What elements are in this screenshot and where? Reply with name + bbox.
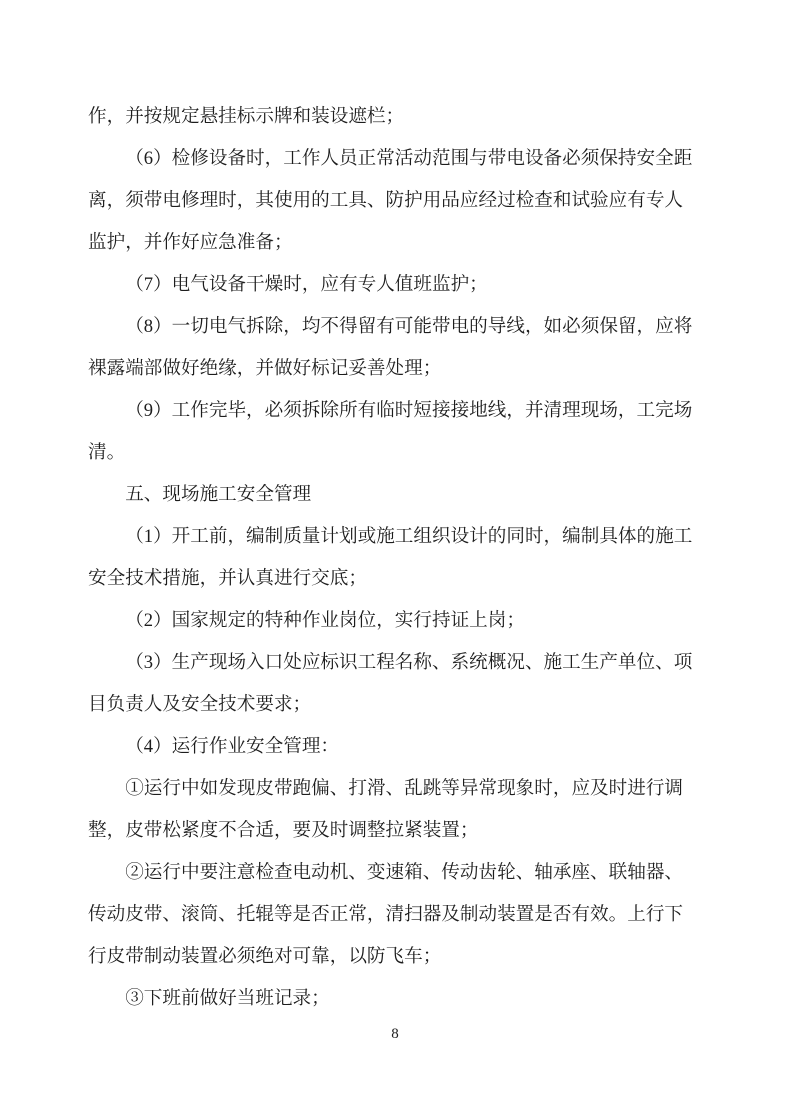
- text-line: 传动皮带、滚筒、托辊等是否正常，清扫器及制动装置是否有效。上行下: [88, 894, 704, 936]
- document-page: 作，并按规定悬挂标示牌和装设遮栏；（6）检修设备时，工作人员正常活动范围与带电设…: [0, 0, 790, 1118]
- text-line: 裸露端部做好绝缘，并做好标记妥善处理；: [88, 348, 704, 390]
- text-line: 目负责人及安全技术要求；: [88, 684, 704, 726]
- text-line: （4）运行作业安全管理：: [88, 726, 704, 768]
- text-line: 监护，并作好应急准备；: [88, 222, 704, 264]
- text-line: 行皮带制动装置必须绝对可靠，以防飞车；: [88, 936, 704, 978]
- text-line: 清。: [88, 432, 704, 474]
- document-body: 作，并按规定悬挂标示牌和装设遮栏；（6）检修设备时，工作人员正常活动范围与带电设…: [88, 96, 704, 1020]
- text-line: （2）国家规定的特种作业岗位，实行持证上岗；: [88, 600, 704, 642]
- text-line: （1）开工前，编制质量计划或施工组织设计的同时，编制具体的施工: [88, 516, 704, 558]
- text-line: （6）检修设备时，工作人员正常活动范围与带电设备必须保持安全距: [88, 138, 704, 180]
- text-line: ②运行中要注意检查电动机、变速箱、传动齿轮、轴承座、联轴器、: [88, 852, 704, 894]
- page-number: 8: [0, 1026, 790, 1043]
- text-line: （9）工作完毕，必须拆除所有临时短接接地线，并清理现场，工完场: [88, 390, 704, 432]
- text-line: 作，并按规定悬挂标示牌和装设遮栏；: [88, 96, 704, 138]
- text-line: （8）一切电气拆除，均不得留有可能带电的导线，如必须保留，应将: [88, 306, 704, 348]
- section-heading: 五、现场施工安全管理: [88, 474, 704, 516]
- text-line: （3）生产现场入口处应标识工程名称、系统概况、施工生产单位、项: [88, 642, 704, 684]
- text-line: 整，皮带松紧度不合适，要及时调整拉紧装置；: [88, 810, 704, 852]
- text-line: 安全技术措施，并认真进行交底；: [88, 558, 704, 600]
- text-line: 离，须带电修理时，其使用的工具、防护用品应经过检查和试验应有专人: [88, 180, 704, 222]
- text-line: ①运行中如发现皮带跑偏、打滑、乱跳等异常现象时，应及时进行调: [88, 768, 704, 810]
- text-line: ③下班前做好当班记录；: [88, 978, 704, 1020]
- text-line: （7）电气设备干燥时，应有专人值班监护；: [88, 264, 704, 306]
